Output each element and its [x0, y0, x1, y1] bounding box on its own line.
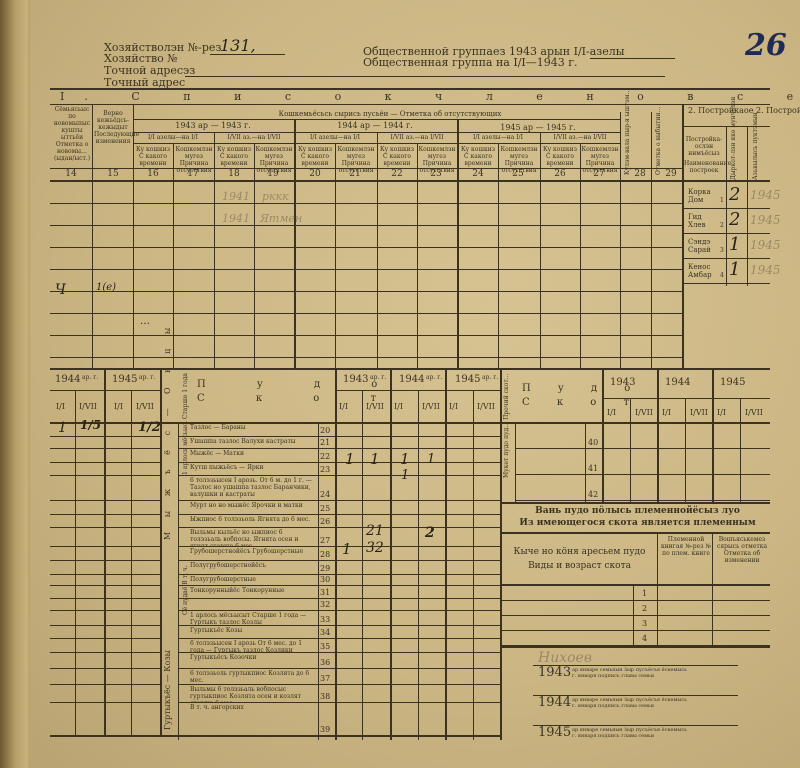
sub-from-22: Ку кошкиз С какого времени [378, 146, 416, 167]
ls-right-half: I/VII [745, 408, 763, 417]
incl-label: Сё пудаё В т. ч. [182, 570, 189, 615]
building-count[interactable]: 2 [729, 209, 740, 230]
livestock-row-number: 21 [320, 438, 330, 447]
older-than-1yr-label: 1 арлось мёсьыс. Старше 1 года [182, 425, 189, 475]
other-livestock-label: Мукет пудо пуд… Прочий скот… [503, 428, 510, 478]
ls-mid-1945-unit: ар. г. [482, 374, 498, 381]
livestock-row-label: Полугрубошерстнойёсъ [190, 562, 315, 574]
col29-header: Отметка о выбытии… [655, 115, 662, 175]
livestock-row-label: Тонкорунныйёс Тонкорунные [190, 587, 315, 598]
ls-left-1945-unit: ар. г. [139, 374, 155, 381]
ls-mid-1944-unit: ар. г. [426, 374, 442, 381]
col-number-20: 20 [296, 170, 334, 179]
livestock-row-number: 36 [320, 658, 330, 667]
col-number-22: 22 [378, 170, 416, 179]
ls-mid-half: I/VII [477, 402, 495, 411]
ls-mid-1944: 1944 [399, 375, 424, 384]
livestock-row-label: Выльмы 6 толэзьаль вобпосыс гуртыкпиос К… [190, 686, 315, 702]
building-count[interactable]: 2 [729, 184, 740, 205]
social-group-label-ru: Общественная группа на I/I—1943 г. [363, 57, 578, 69]
hw-mid-r26-1943-jul: 21 [366, 523, 384, 539]
building-name: Гид Хлев [688, 213, 720, 229]
livestock-row-label: Гуртыкъёс Козы [190, 627, 315, 638]
pedigree-row-number: 3 [642, 619, 647, 628]
ls-left-1944-jul: I/VII [79, 402, 97, 411]
livestock-row-label: Тазлос — Бараны [190, 424, 315, 436]
buildings-name-header-ru: Наименование построек [684, 160, 724, 174]
half-1945-jul: I/VII аз.—на I/VII [540, 134, 620, 141]
livestock-row-label: Кутш пыжьёсъ — Ярки [190, 464, 315, 475]
pedigree-row-number: 4 [642, 634, 647, 643]
col-number-27: 27 [580, 170, 618, 179]
col28-header: Кулэм-вала пыр-я ыштэм… [624, 115, 631, 175]
sub-from-16: Ку кошкиз С какого времени [134, 146, 172, 167]
livestock-row-number: 28 [320, 550, 330, 559]
buildings-col-b-header: Дыркот-лэн яке мунчолэн [730, 130, 737, 180]
page-number: 26 [745, 28, 787, 63]
ls-mid-1943: 1943 [343, 375, 368, 384]
ls-right-1943: 1943 [610, 378, 635, 387]
pencil-signature: Нихоев [538, 650, 592, 666]
family-row-line [50, 313, 682, 314]
family-row-line [50, 291, 682, 292]
building-count[interactable]: 1 [729, 259, 740, 280]
ls-mid-half: I/VII [366, 402, 384, 411]
livestock-row-number: 26 [320, 517, 330, 526]
half-1944-jul: I/VII аз.—на I/VII [377, 134, 457, 141]
livestock-row-label: В т. ч. ангорских [190, 704, 315, 735]
col-number-17: 17 [174, 170, 212, 179]
building-year: 1945 [750, 188, 781, 202]
building-count[interactable]: 1 [729, 234, 740, 255]
col-number-23: 23 [417, 170, 455, 179]
col-number-24: 24 [459, 170, 497, 179]
year-1944-header: 1944 ар — 1944 г. [295, 121, 455, 130]
col-number-15: 15 [94, 170, 132, 179]
sub-from-20: Ку кошкиз С какого времени [296, 146, 334, 167]
footer-year: 1944 [538, 696, 571, 710]
livestock-row-number: 25 [320, 504, 330, 513]
other-livestock-number: 41 [588, 464, 598, 473]
hw-ls-1944-jul: 1/5 [80, 418, 101, 432]
livestock-row-number: 37 [320, 674, 330, 683]
ls-left-1945-jul: I/VII [136, 402, 154, 411]
hw-mid-r27-1943-jan: 1 [342, 540, 352, 558]
ls-right-half: I/I [662, 408, 671, 417]
hw-mid-r27-1943-jul: 32 [366, 540, 384, 556]
hw-c15-r5: 1(е) [96, 282, 116, 293]
pedigree-title-udm: Вань пудо пöлысь племеннойёсыз луо [505, 507, 770, 516]
hw-ls-1944-jan: 1 [58, 420, 67, 436]
pedigree-title-ru: Из имеющегося скота является племенным [505, 519, 770, 528]
buildings-col-c-header: Азьвылысь пуктэмын [752, 130, 759, 180]
sub-from-18: Ку кошкиз С какого времени [215, 146, 253, 167]
livestock-row-number: 22 [320, 452, 330, 461]
livestock-row-label: Мыжёс — Матки [190, 450, 315, 462]
year-1945-header: 1945 ар — 1945 г. [458, 123, 618, 132]
ls-left-1945-jan: I/I [114, 402, 123, 411]
col-number-25: 25 [499, 170, 537, 179]
ls-right-half: I/VII [690, 408, 708, 417]
livestock-row-label: 6 толэзьоль гуртыкпиос Козлята до 6 мес. [190, 670, 315, 684]
sub-from-24: Ку кошкиз С какого времени [459, 146, 497, 167]
family-row-line [50, 269, 682, 270]
half-1944-jan: I/I азелы—на I/I [295, 134, 375, 141]
pedigree-col-book: Племенной книгая №-рез № по плем. книге [660, 536, 712, 557]
half-1943-jul: I/VII аз.—на I/VII [214, 134, 294, 141]
livestock-row-label [190, 600, 315, 610]
ls-mid-half: I/VII [422, 402, 440, 411]
section1-title: I. С п и с о к ч л е н о в с е м ь и [60, 92, 800, 101]
hw-mid-r22-1943-jul: 1 [370, 450, 380, 468]
hw-ls-1945-jul: 1/2 [138, 420, 161, 435]
ls-right-half: I/I [717, 408, 726, 417]
livestock-row-number: 33 [320, 615, 330, 624]
livestock-row-number: 31 [320, 588, 330, 597]
building-year: 1945 [750, 263, 781, 277]
hw-c16-r7: … [140, 316, 150, 327]
ls-right-half: I/VII [635, 408, 653, 417]
hw-c19-r2: Ятмен [260, 212, 302, 225]
livestock-row-label: 1 арлось мёсьысыт Старше 1 года — Гуртык… [190, 612, 315, 625]
ls-left-1944-unit: ар. г. [82, 374, 98, 381]
half-1945-jan: I/I азелы—на I/I [458, 134, 538, 141]
year-1943-header: 1943 ар — 1943 г. [133, 121, 293, 130]
section2-title: 2. Постройкаое 2. Постройки [688, 106, 800, 115]
pedigree-col-note: Вошъяськемез сярысь отметка Отметка об и… [714, 536, 770, 564]
hw-mid-r22-1944-jul: 1 [427, 452, 435, 467]
ls-right-half: I/I [607, 408, 616, 417]
livestock-row-label: Ыжпиос 6 толэзьоль Ягнята до 6 мес. [190, 516, 315, 527]
buildings-name-header: Постройка-ослэн нимъёсыз [684, 136, 724, 157]
family-row-line [50, 335, 682, 336]
building-index: 3 [720, 246, 724, 255]
footer-line2: г. января подпись главы семьи [572, 733, 654, 739]
livestock-row-number: 24 [320, 490, 330, 499]
livestock-row-label: 6 толэзьысен I арозь. От 6 м. до 1 г. — … [190, 477, 315, 500]
family-row-line [50, 357, 682, 358]
building-name: Корка Дом [688, 188, 720, 204]
building-index: 2 [720, 221, 724, 230]
ls-left-1944-jan: I/I [56, 402, 65, 411]
ls-title-udm: П у д о [197, 380, 401, 389]
livestock-row-number: 23 [320, 465, 330, 474]
pedigree-row-number: 1 [642, 589, 647, 598]
col15-header: Верно кежьёдсь-кежыдыт Последующие измен… [94, 110, 132, 145]
ls-mid-1945: 1945 [455, 375, 480, 384]
col-number-19: 19 [254, 170, 292, 179]
livestock-row-label: 6 толэзьысен I арозь От 6 мес. до 1 года… [190, 640, 315, 652]
livestock-row-label: Выльмы кыльёс но ыжпиос 6 толэзьаль вобп… [190, 529, 315, 546]
livestock-row-number: 32 [320, 600, 330, 609]
hw-c19-r1: рккк [262, 190, 289, 203]
ls-mid-half: I/I [339, 402, 348, 411]
sub-from-26: Ку кошкиз С какого времени [541, 146, 579, 167]
hw-c18-r1: 1941 [222, 190, 250, 203]
household-number-value: 131, [220, 36, 256, 55]
ls-right-1945: 1945 [720, 378, 745, 387]
livestock-row-number: 20 [320, 426, 330, 435]
livestock-row-number: 27 [320, 536, 330, 545]
ls-right-title-ru: С к о т [522, 398, 641, 407]
pedigree-col-kind: Кыче но кöня аресьем пудо Виды и возраст… [502, 545, 657, 573]
absent-header: Кошкемьёсьсь сырись пусьёи — Отметка об … [160, 110, 620, 119]
building-index: 4 [720, 271, 724, 280]
building-name: Кенос Амбар [688, 263, 720, 279]
building-year: 1945 [750, 213, 781, 227]
pedigree-row-number: 2 [642, 604, 647, 613]
family-row-line [50, 203, 682, 204]
livestock-row-number: 30 [320, 575, 330, 584]
building-year: 1945 [750, 238, 781, 252]
hw-mid-r23-1944-jan: 1 [401, 468, 409, 483]
footer-year: 1945 [538, 726, 571, 740]
col-number-16: 16 [134, 170, 172, 179]
hw-mid-r22-1943-jan: 1 [345, 450, 355, 468]
livestock-row-label: Полугрубошерстные [190, 576, 315, 585]
livestock-row-label: Мурт но но мыжёс Ярочки и матки [190, 502, 315, 514]
hw-c18-r2: 1941 [222, 212, 250, 225]
col-number-21: 21 [336, 170, 374, 179]
family-row-line [50, 247, 682, 248]
col-number-26: 26 [541, 170, 579, 179]
livestock-row-label: Ушашпа тазлос Валухи кастраты [190, 438, 315, 448]
ls-left-1944: 1944 [55, 375, 80, 384]
col14-header: Сёмьясьыс по новомыпыс кушты ыттьёи Отме… [52, 106, 92, 162]
livestock-row-label: Гуртыкъёсъ Козочки [190, 654, 315, 668]
ls-left-1945: 1945 [112, 375, 137, 384]
livestock-row-label: Грубошерстнойёсъ Грубошерстные [190, 548, 315, 560]
goats-group-label: Гуртыкъёс — Козы [164, 640, 171, 730]
livestock-row-number: 34 [320, 628, 330, 637]
hw-mid-r22-1944-jan: 1 [400, 450, 410, 468]
livestock-row-number: 35 [320, 642, 330, 651]
sheep-group-label: М ы ж ъ ё с — О в ц ы [164, 450, 171, 540]
ls-mid-half: I/I [394, 402, 403, 411]
half-1943-jan: I/I азелы—на I/I [133, 134, 213, 141]
livestock-row-number: 38 [320, 692, 330, 701]
footer-line2: г. января подпись главы семьи [572, 673, 654, 679]
ls-mid-1943-unit: ар. г. [370, 374, 386, 381]
hw-c14-r5: Ч [55, 282, 66, 298]
col-number-29: 29 [652, 170, 690, 179]
livestock-row-number: 29 [320, 564, 330, 573]
other-livestock-number: 40 [588, 438, 598, 447]
family-row-line [50, 225, 682, 226]
building-index: 1 [720, 196, 724, 205]
building-name: Сэндэ Сарай [688, 238, 720, 254]
ls-right-1944: 1944 [665, 378, 690, 387]
livestock-row-number: 39 [320, 725, 330, 734]
hw-mid-r26-1944-jul: 2 [425, 525, 435, 541]
other-livestock-number: 42 [588, 490, 598, 499]
ls-mid-half: I/I [449, 402, 458, 411]
footer-line2: г. января подпись главы семьи [572, 703, 654, 709]
footer-year: 1943 [538, 666, 571, 680]
col-number-14: 14 [52, 170, 90, 179]
col-number-18: 18 [215, 170, 253, 179]
